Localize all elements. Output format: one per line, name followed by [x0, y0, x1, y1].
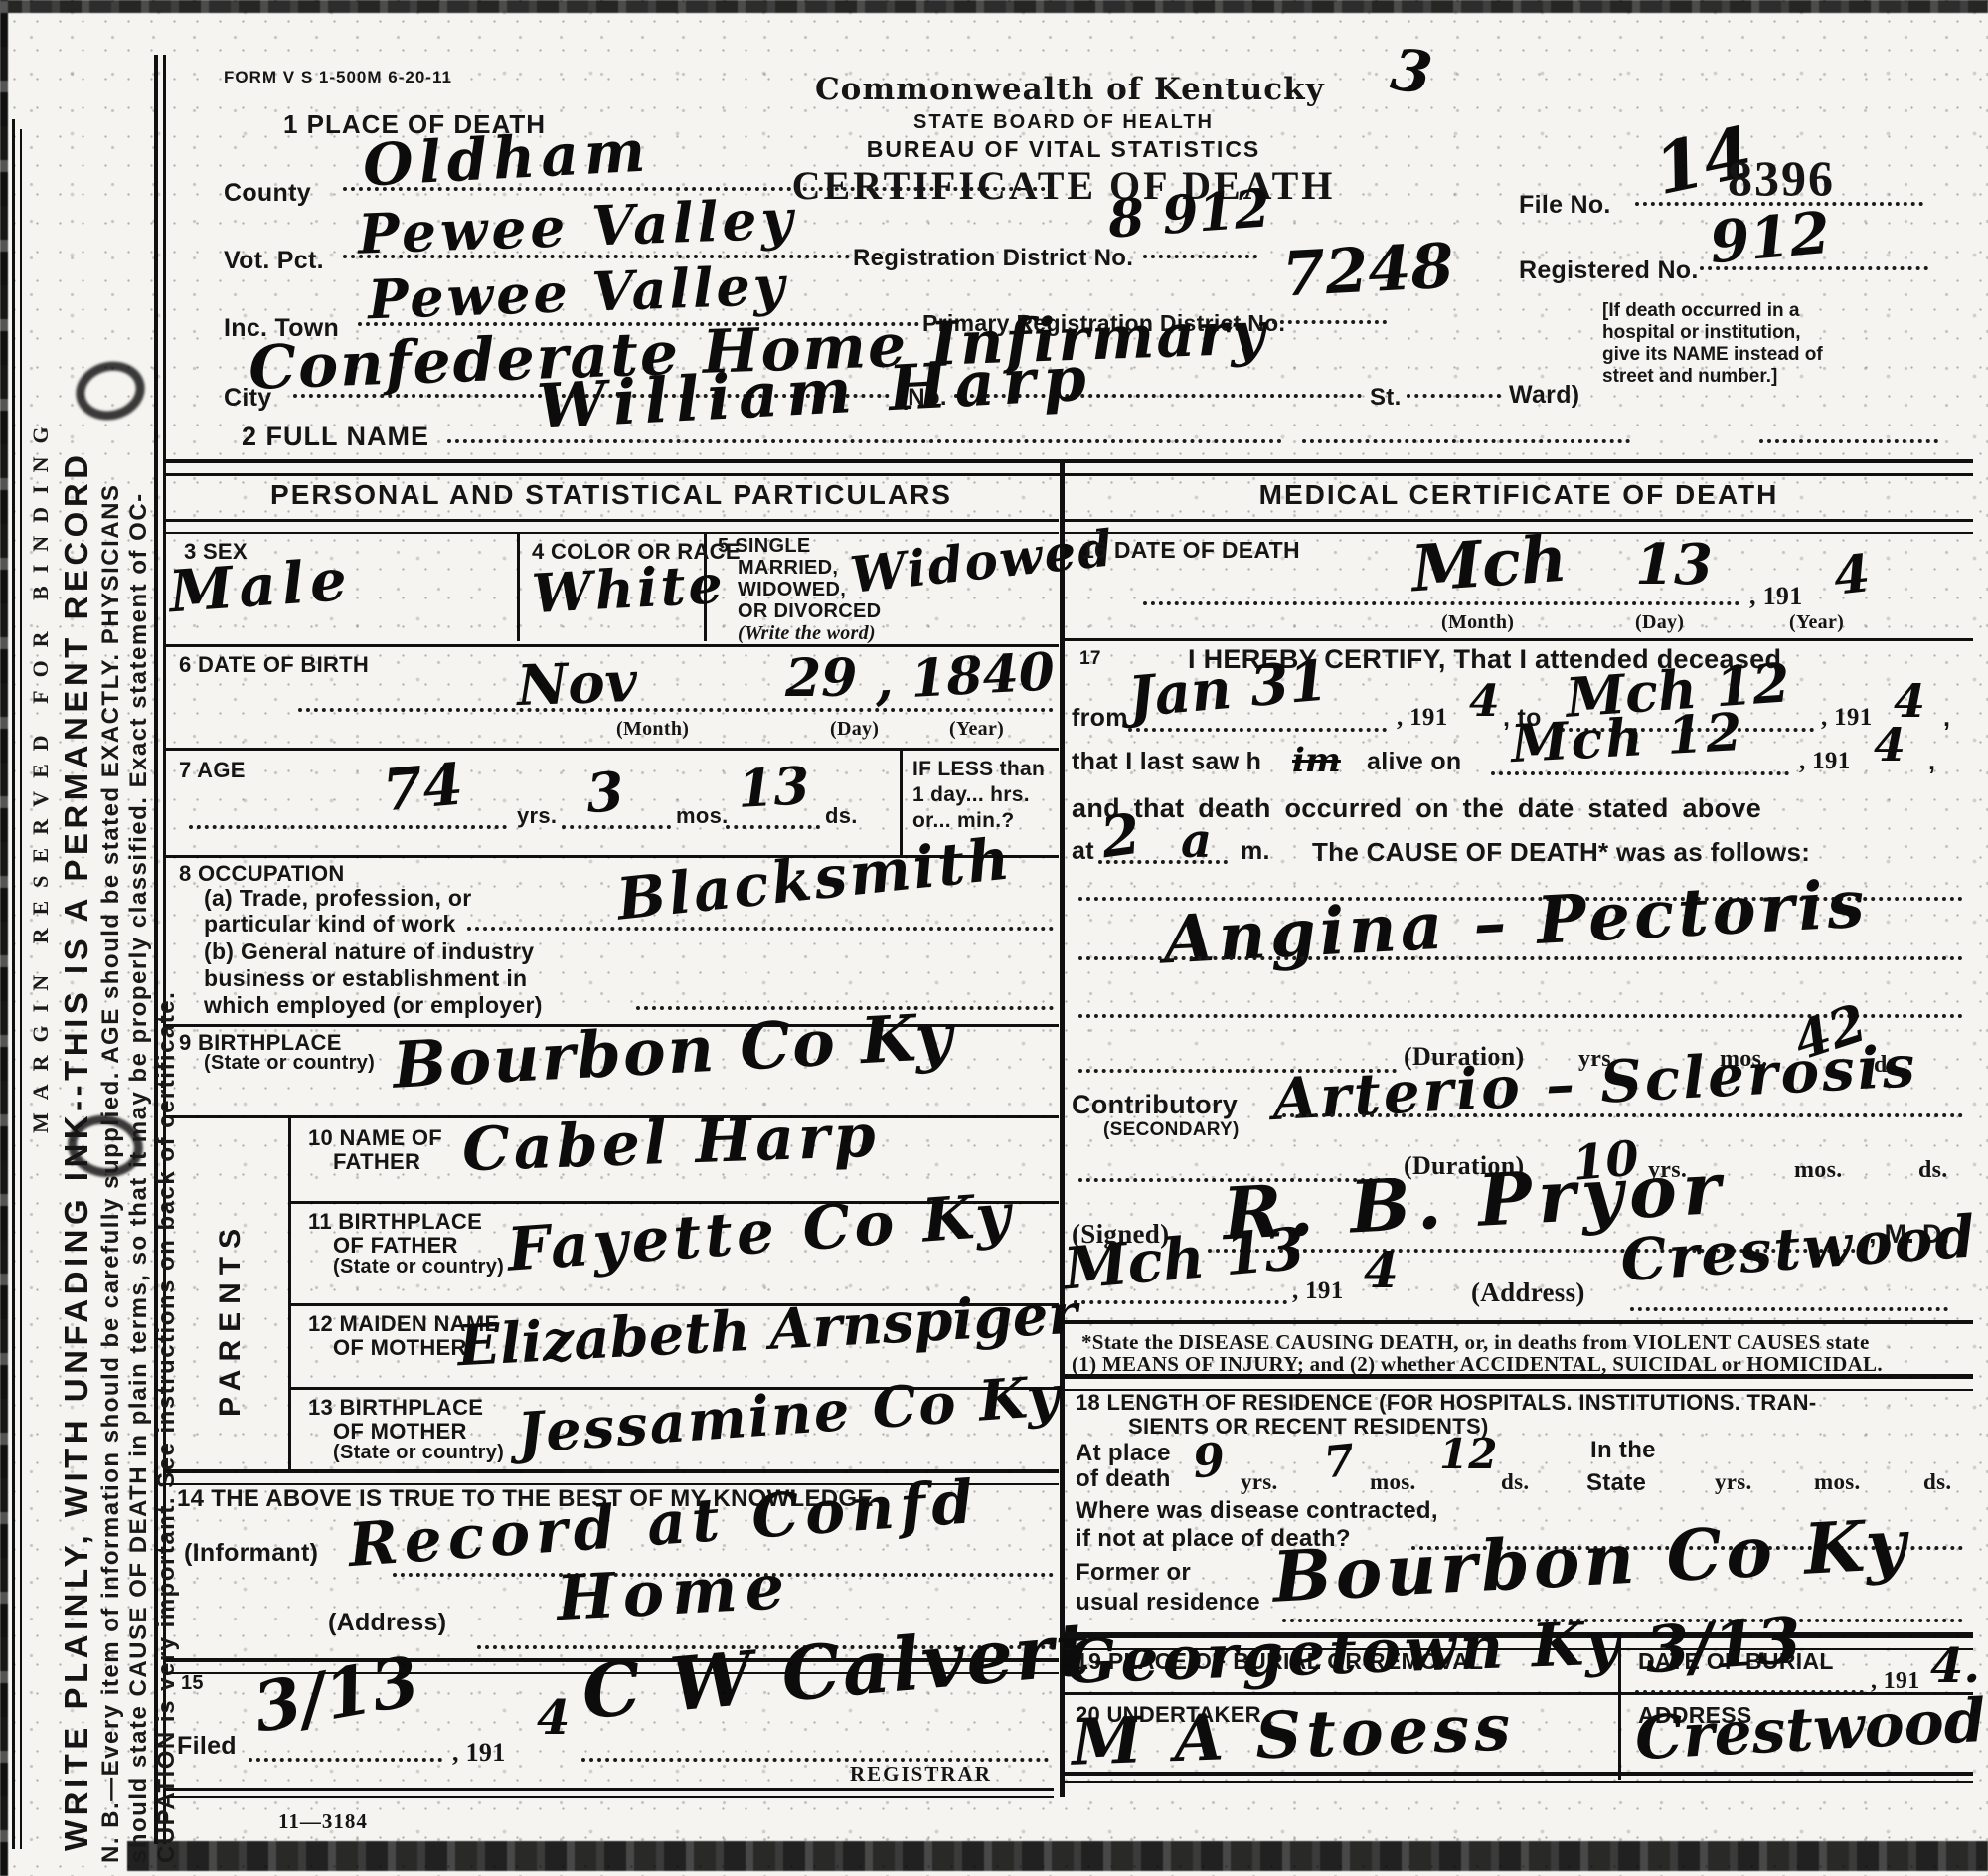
comma2: ,	[1928, 748, 1935, 776]
res-mos-label: mos.	[1370, 1469, 1416, 1495]
occurred-line: and that death occurred on the date stat…	[1072, 793, 1761, 824]
residence-title-line2: SIENTS OR RECENT RESIDENTS)	[1128, 1414, 1489, 1440]
occupation-b-line3: which employed (or employer)	[204, 992, 543, 1019]
file-no-label: File No.	[1519, 191, 1611, 220]
dod-day-caption: (Day)	[1635, 611, 1684, 634]
dob-year-value: , 1840	[874, 641, 1057, 711]
filed-label: Filed	[177, 1732, 237, 1761]
occupation-a-line	[467, 927, 1054, 931]
hospital-note-line3: give its NAME instead of	[1602, 344, 1823, 366]
occupation-a-line2: particular kind of work	[204, 911, 456, 938]
physician-address-label: (Address)	[1471, 1278, 1585, 1308]
full-name-line3	[1759, 439, 1938, 443]
form-code-bottom: 11—3184	[278, 1809, 368, 1834]
year1-printed: , 191	[1397, 704, 1448, 732]
date-of-death-year-hw: 4	[1831, 543, 1873, 606]
column-divider	[1060, 459, 1065, 1797]
color-race-value: White	[530, 552, 727, 625]
dod-year-caption: (Year)	[1789, 611, 1844, 634]
age-line3	[726, 825, 820, 829]
occupation-a-value: Blacksmith	[614, 824, 1016, 933]
former-residence-label1: Former or	[1076, 1559, 1191, 1587]
residence-title-line1: 18 LENGTH OF RESIDENCE (FOR HOSPITALS. I…	[1076, 1390, 1816, 1416]
state-mos-label: mos.	[1814, 1469, 1861, 1495]
state-board-title: STATE BOARD OF HEALTH	[815, 111, 1312, 134]
dod-month-caption: (Month)	[1441, 611, 1514, 634]
informant-address-value: Home	[555, 1550, 793, 1634]
last-saw-value: Mch 12	[1510, 702, 1746, 774]
undertaker-address-value: Crestwood	[1633, 1686, 1987, 1774]
registration-district-value: 8 912	[1106, 178, 1272, 250]
burial-date-value: 3/13	[1643, 1604, 1804, 1689]
if-less-line2: 1 day... hrs.	[912, 783, 1030, 807]
dob-year-caption: (Year)	[949, 718, 1004, 741]
margin-nb-note: N. B.—Every item of information should b…	[97, 484, 181, 1863]
undertaker-value: M A Stoess	[1071, 1690, 1517, 1781]
father-name-value: Cabel Harp	[461, 1102, 881, 1186]
m-label: m.	[1241, 837, 1270, 866]
date-of-death-label: 16 DATE OF DEATH	[1081, 537, 1300, 564]
right-col-bottom-rule1	[1065, 1772, 1973, 1776]
in-the-label1: In the	[1590, 1437, 1656, 1464]
bureau-title: BUREAU OF VITAL STATISTICS	[815, 136, 1312, 163]
residence-years-value: 9	[1191, 1433, 1228, 1489]
age-days-value: 13	[736, 756, 810, 820]
father-bp-value: Fayette Co Ky	[505, 1180, 1016, 1284]
marital-label-line2: MARRIED,	[738, 557, 838, 580]
date-of-death-month: Mch	[1409, 522, 1570, 607]
binding-hole-stain-top	[70, 354, 151, 426]
contributory-label: Contributory	[1072, 1090, 1238, 1120]
footnote-bottom-rule	[1065, 1374, 1973, 1391]
informant-label: (Informant)	[184, 1539, 318, 1568]
file-no-stamp: 8396	[1728, 149, 1835, 207]
marital-label-line1: 5 SINGLE	[718, 535, 811, 558]
at-place-label1: At place	[1076, 1440, 1171, 1467]
commonwealth-title: Commonwealth of Kentucky	[815, 72, 1312, 107]
signed-year-hw: 4	[1364, 1241, 1399, 1299]
left-col-bottom-rule1	[164, 1788, 1054, 1791]
row2-bottom-rule	[164, 748, 1059, 751]
date-of-death-year-printed: , 191	[1749, 582, 1803, 611]
registered-no-label: Registered No.	[1519, 256, 1699, 285]
last-saw-fill: im	[1292, 741, 1341, 780]
margin-nb-line1: N. B.—Every item of information should b…	[97, 484, 125, 1863]
dob-month-caption: (Month)	[616, 718, 689, 741]
age-line2	[562, 825, 671, 829]
dob-line	[298, 708, 1054, 712]
mother-name-value: Elizabeth Arnspiger	[456, 1281, 1079, 1380]
year3-hw: 4	[1874, 718, 1905, 771]
filed-year-printed: , 191	[452, 1738, 506, 1768]
county-label: County	[224, 179, 311, 208]
margin-nb-line3: CUPATION is very important. See instruct…	[153, 484, 181, 1863]
sex-color-divider	[517, 532, 520, 641]
father-bp-label3: (State or country)	[333, 1256, 504, 1279]
margin-nb-line2: should state CAUSE OF DEATH in plain ter…	[125, 484, 153, 1863]
duration2-mos-label: mos.	[1794, 1157, 1843, 1184]
occupation-label: 8 OCCUPATION	[179, 861, 345, 887]
at-label: at	[1072, 837, 1094, 866]
residence-days-value: 12	[1439, 1430, 1497, 1478]
full-name-line2	[1302, 439, 1630, 443]
personal-section-title: PERSONAL AND STATISTICAL PARTICULARS	[164, 479, 1059, 511]
primary-reg-line	[1272, 320, 1387, 324]
age-yrs-label: yrs.	[517, 803, 557, 829]
left-edge-scan-noise	[0, 0, 8, 1876]
filed-line	[248, 1758, 442, 1762]
contracted-label1: Where was disease contracted,	[1076, 1497, 1438, 1525]
contributory-line	[1282, 1113, 1963, 1117]
registration-district-line	[1143, 255, 1257, 258]
occupation-b-line2: business or establishment in	[204, 965, 527, 992]
margin-binding-note: MARGIN RESERVED FOR BINDING	[28, 414, 54, 1133]
age-months-value: 3	[584, 760, 626, 825]
city-st-line	[1407, 394, 1501, 398]
page-number-handwritten: 3	[1387, 36, 1435, 108]
date-of-death-line	[1143, 601, 1739, 605]
last-saw-pre-label: that I last saw h	[1072, 748, 1261, 776]
at-place-label2: of death	[1076, 1465, 1171, 1493]
dob-day-caption: (Day)	[830, 718, 879, 741]
top-edge-scan-noise	[0, 0, 1988, 13]
dod-bottom-rule	[1065, 638, 1973, 641]
hospital-note-line2: hospital or institution,	[1602, 322, 1823, 344]
left-col-bottom-rule2	[164, 1796, 1054, 1798]
signed-year-printed: , 191	[1292, 1278, 1344, 1305]
occupation-b-line1: (b) General nature of industry	[204, 938, 534, 965]
medical-section-title: MEDICAL CERTIFICATE OF DEATH	[1065, 479, 1973, 511]
hospital-note-line4: street and number.]	[1602, 366, 1823, 388]
mother-bp-label3: (State or country)	[333, 1442, 504, 1464]
death-certificate-scan: MARGIN RESERVED FOR BINDING WRITE PLAINL…	[0, 0, 1988, 1876]
margin-write-plainly-note: WRITE PLAINLY, WITH UNFADING INK--THIS I…	[58, 451, 95, 1852]
state-yrs-label: yrs.	[1715, 1469, 1752, 1495]
duration2-ds-label: ds.	[1918, 1157, 1948, 1184]
age-mos-label: mos.	[676, 803, 729, 829]
parents-label: PARENTS	[214, 1221, 248, 1417]
former-residence-label2: usual residence	[1076, 1589, 1260, 1617]
physician-address-line	[1630, 1307, 1948, 1311]
filed-year-handwritten: 4	[537, 1690, 570, 1746]
header-section-divider	[164, 459, 1973, 476]
cause-line2	[1078, 956, 1963, 960]
margin-rule-outer	[12, 119, 15, 1849]
year1-hw: 4	[1469, 676, 1500, 727]
vot-pct-label: Vot. Pct.	[224, 247, 324, 275]
date-of-death-day: 13	[1635, 532, 1713, 597]
in-the-label2: State	[1586, 1469, 1646, 1497]
margin-rule-inner	[20, 129, 22, 1849]
marital-label-line5: (Write the word)	[738, 622, 876, 645]
registered-no-value: 912	[1707, 199, 1833, 276]
certify-from-label: from	[1072, 704, 1128, 733]
occupation-a-line1: (a) Trade, profession, or	[204, 885, 472, 912]
informant-address-label: (Address)	[328, 1609, 446, 1637]
father-name-label2: FATHER	[333, 1149, 420, 1175]
dob-label: 6 DATE OF BIRTH	[179, 652, 369, 678]
right-col-bottom-rule2	[1065, 1781, 1973, 1783]
residence-months-value: 7	[1321, 1436, 1357, 1489]
attended-from-line	[1128, 728, 1387, 732]
year2-printed: , 191	[1821, 704, 1873, 732]
mother-name-label2: OF MOTHER	[333, 1335, 467, 1361]
dob-day-value: 29	[785, 648, 857, 709]
age-line1	[189, 825, 507, 829]
footnote-top-rule	[1065, 1320, 1973, 1324]
registration-district-label: Registration District No.	[853, 245, 1133, 272]
primary-reg-value: 7248	[1280, 230, 1455, 311]
item17-number: 17	[1079, 648, 1101, 670]
row1-bottom-rule	[164, 644, 1059, 647]
cause-intro-label: The CAUSE OF DEATH* was as follows:	[1312, 837, 1810, 868]
registrar-label: REGISTRAR	[850, 1762, 992, 1787]
signed-date-line	[1074, 1300, 1287, 1304]
hospital-note: [If death occurred in a hospital or inst…	[1602, 300, 1823, 388]
burial-place-value: Georgetown Ky	[1065, 1609, 1624, 1698]
last-saw-line	[1491, 771, 1789, 775]
form-code: FORM V S 1-500M 6-20-11	[224, 68, 452, 87]
res-ds-label: ds.	[1501, 1469, 1529, 1495]
full-name-label: 2 FULL NAME	[242, 422, 429, 452]
comma1: ,	[1943, 704, 1950, 733]
father-name-label1: 10 NAME OF	[308, 1125, 442, 1151]
secondary-label: (SECONDARY)	[1103, 1119, 1240, 1141]
state-ds-label: ds.	[1923, 1469, 1951, 1495]
marital-label-line3: WIDOWED,	[738, 579, 846, 601]
bottom-edge-scan-noise	[127, 1841, 1988, 1871]
mother-bp-value: Jessamine Co Ky	[515, 1363, 1063, 1466]
attended-from-value: Jan 31	[1126, 647, 1331, 730]
city-ward-label: Ward)	[1509, 381, 1579, 410]
sex-value: Male	[167, 546, 355, 626]
last-saw-post-label: alive on	[1367, 748, 1462, 776]
year3-printed: , 191	[1799, 748, 1851, 775]
city-st-label: St.	[1370, 384, 1402, 412]
if-less-line1: IF LESS than	[912, 758, 1045, 781]
hospital-note-line1: [If death occurred in a	[1602, 300, 1823, 322]
item15-number: 15	[181, 1672, 204, 1695]
parents-inner-divider	[288, 1115, 291, 1471]
father-bp-label1: 11 BIRTHPLACE	[308, 1209, 482, 1235]
birthplace-sub-label: (State or country)	[204, 1052, 375, 1075]
res-yrs-label: yrs.	[1241, 1469, 1278, 1495]
cause-of-death-value: Angina – Pectoris	[1161, 864, 1870, 978]
age-label: 7 AGE	[179, 758, 246, 783]
personal-title-rule	[164, 519, 1059, 534]
marital-label-line4: OR DIVORCED	[738, 600, 881, 623]
mother-bp-label1: 13 BIRTHPLACE	[308, 1395, 483, 1421]
age-years-value: 74	[380, 751, 465, 825]
age-ds-label: ds.	[825, 803, 858, 829]
death-time-line	[1098, 860, 1228, 864]
